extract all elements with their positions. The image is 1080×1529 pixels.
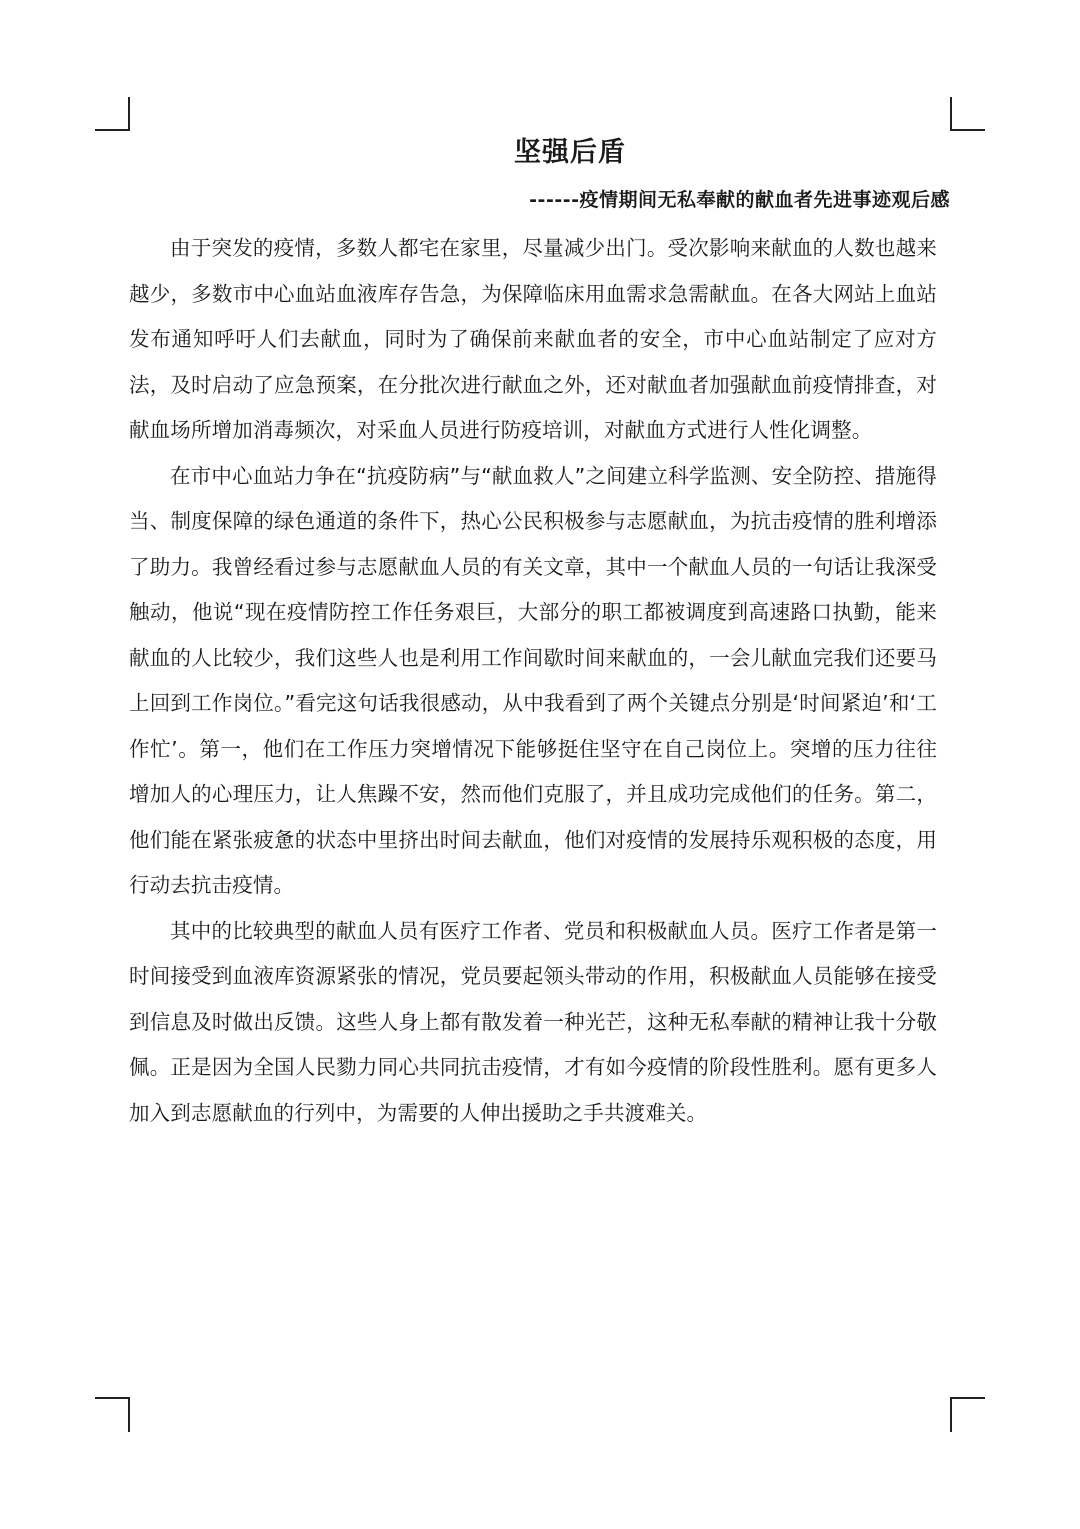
document-subtitle: ------疫情期间无私奉献的献血者先进事迹观后感 — [529, 185, 950, 215]
crop-mark-bottom-left-horizontal — [95, 1397, 130, 1399]
crop-mark-bottom-right-vertical — [950, 1397, 952, 1432]
crop-mark-top-right-vertical — [950, 97, 952, 131]
paragraph-3: 其中的比较典型的献血人员有医疗工作者、党员和积极献血人员。医疗工作者是第一时间接… — [129, 909, 937, 1137]
crop-mark-bottom-left-vertical — [128, 1397, 130, 1432]
crop-mark-top-left-vertical — [128, 97, 130, 131]
crop-mark-bottom-right-horizontal — [950, 1397, 985, 1399]
paragraph-2: 在市中心血站力争在“抗疫防病”与“献血救人”之间建立科学监测、安全防控、措施得当… — [129, 454, 937, 909]
crop-mark-top-right-horizontal — [950, 129, 985, 131]
crop-mark-top-left-horizontal — [95, 129, 130, 131]
document-title: 坚强后盾 — [0, 133, 1080, 173]
document-body: 由于突发的疫情，多数人都宅在家里，尽量减少出门。受次影响来献血的人数也越来越少，… — [129, 226, 937, 1136]
paragraph-1: 由于突发的疫情，多数人都宅在家里，尽量减少出门。受次影响来献血的人数也越来越少，… — [129, 226, 937, 454]
